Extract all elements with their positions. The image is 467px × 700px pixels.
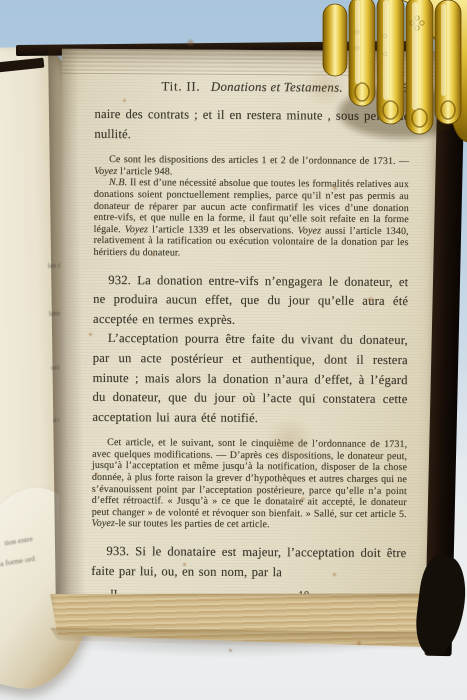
left-page-text-fragment: tion entre bbox=[4, 534, 34, 547]
gold-hand-icon bbox=[321, 0, 467, 156]
paragraph-note-cinquieme: Cet article, et le suivant, sont le cinq… bbox=[92, 437, 408, 532]
paragraph-article-932: 932. La donation entre-vifs n’engagera l… bbox=[93, 270, 408, 331]
left-page-text-fragment: us la forme ord bbox=[0, 554, 35, 570]
gold-hand-bookmark bbox=[321, 0, 467, 156]
paragraph-note-nb: N.B. Il est d’une nécessité absolue que … bbox=[93, 177, 409, 260]
paragraph-article-932-al2: L’acceptation pourra être faite du vivan… bbox=[92, 329, 408, 429]
photo-open-book: les do- lement orcées a ens- tion entre … bbox=[0, 0, 467, 700]
paragraph-note-ordonnance: Ce sont les dispositions des articles 1 … bbox=[94, 154, 409, 179]
title-abbrev: Tit. II. bbox=[161, 79, 200, 93]
printed-text-block: Tit. II. Donations et Testamens. 145 nai… bbox=[91, 79, 410, 602]
paragraph-article-933: 933. Si le donataire est majeur, l’accep… bbox=[91, 542, 406, 583]
